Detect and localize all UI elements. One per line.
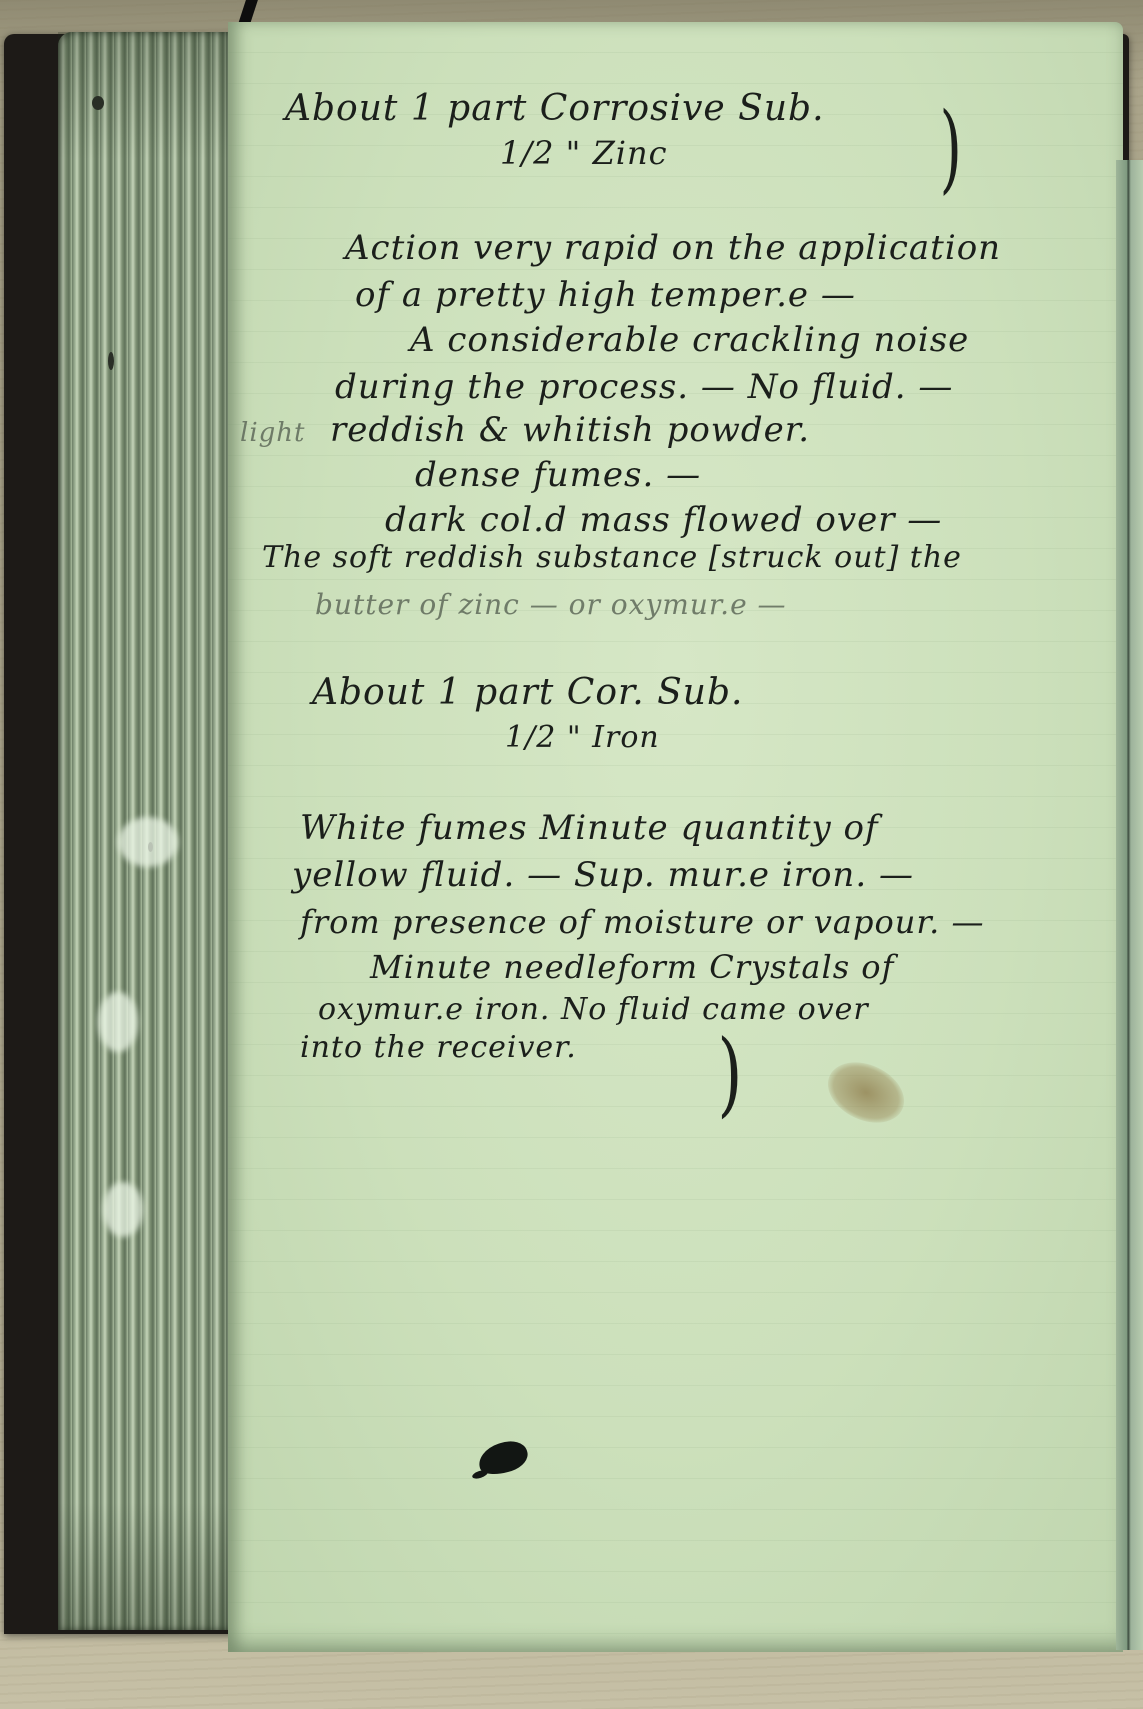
entry-2-body-line-4: Minute needleform Crystals of [370, 948, 894, 986]
edge-light-patch [118, 817, 178, 867]
entry-2-body-line-1: White fumes Minute quantity of [300, 808, 879, 848]
entry-2-body-line-5: oxymur.e iron. No fluid came over [318, 992, 869, 1027]
entry-1-body-line-4: during the process. — No fluid. — [335, 367, 953, 407]
entry-1-body-line-7: dark col.d mass flowed over — [385, 500, 942, 540]
edge-ink-spot [92, 96, 104, 110]
page-gutter [1116, 160, 1143, 1650]
edge-light-patch [98, 992, 138, 1052]
edge-ink-spot [108, 352, 114, 370]
entry-1-body-line-6: dense fumes. — [415, 455, 701, 495]
entry-1-body-line-1: Action very rapid on the application [345, 228, 1001, 268]
entry-1-heading-line-2: 1/2 " Zinc [500, 134, 668, 172]
closing-brace-entry-1: ) [939, 92, 961, 204]
edge-light-patch [103, 1182, 143, 1237]
margin-note: light [240, 418, 305, 448]
closing-brace-entry-2: ) [717, 1020, 742, 1127]
entry-1-body-line-5: reddish & whitish powder. [330, 410, 810, 450]
entry-2-body-line-6: into the receiver. [300, 1030, 577, 1065]
entry-2-heading-line-1: About 1 part Cor. Sub. [312, 672, 743, 713]
entry-1-body-line-3: A considerable crackling noise [410, 320, 969, 360]
entry-2-heading-line-2: 1/2 " Iron [505, 720, 660, 755]
edge-ink-spot [148, 842, 153, 852]
entry-1-heading-line-1: About 1 part Corrosive Sub. [285, 88, 825, 129]
entry-2-body-line-2: yellow fluid. — Sup. mur.e iron. — [292, 855, 914, 895]
entry-2-body-line-3: from presence of moisture or vapour. — [300, 903, 984, 941]
entry-1-body-line-2: of a pretty high temper.e — [355, 275, 856, 315]
entry-1-body-line-8: The soft reddish substance [struck out] … [262, 540, 962, 575]
page-edges-stack [58, 32, 234, 1630]
entry-1-body-line-9: butter of zinc — or oxymur.e — [315, 588, 787, 621]
